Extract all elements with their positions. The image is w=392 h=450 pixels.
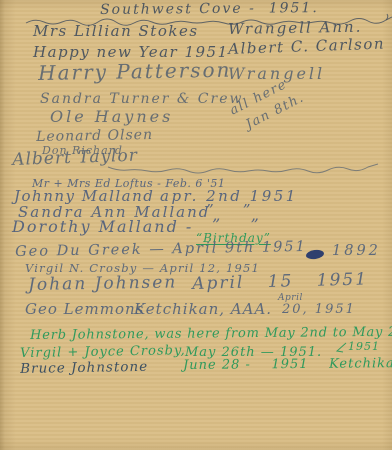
entry-johnstone-year: 1951 (348, 341, 380, 353)
entry-bruce-name: Bruce Johnstone (20, 360, 148, 376)
entry-johnsen-date: April 15 1951 (192, 271, 368, 293)
ink-blot (305, 249, 324, 260)
guestbook-page: Southwest Cove - 1951. Mrs Lillian Stoke… (0, 0, 392, 450)
entry-lemmons-name: Geo Lemmons (25, 302, 144, 318)
entry-olsen-name: Leonard Olsen (36, 128, 153, 145)
entry-dorothy-name: Dorothy Malland - (12, 219, 193, 236)
entry-crosby-may-name: Virgil + Joyce Crosby, (20, 344, 186, 361)
entry-stokes-name: Mrs Lillian Stokes (33, 24, 199, 40)
entry-dugreek-year: 1892 (332, 244, 381, 259)
entry-patterson-name: Harry Patterson (38, 60, 232, 84)
entry-turner-name: Sandra Turner & Crew (40, 92, 243, 107)
johnstone-year-arrow (334, 342, 348, 354)
entry-dugreek-text: Geo Du Greek — April 9th 1951 (15, 240, 307, 260)
entry-carlson-signature: Albert C. Carlson (228, 37, 385, 58)
entry-bruce-date: June 28 - 1951 Ketchikan (183, 357, 392, 373)
entry-lemmons-date: 20, 1951 (282, 303, 356, 317)
entry-haynes-name: Ole Haynes (50, 109, 173, 126)
entry-johnsen-name: Johan Johnsen (28, 274, 177, 294)
entry-lemmons-place: Ketchikan, AAA. (134, 302, 272, 318)
taylor-wavy-line (106, 162, 391, 176)
entry-johnstone-text: Herb Johnstone, was here from May 2nd to… (30, 326, 392, 343)
